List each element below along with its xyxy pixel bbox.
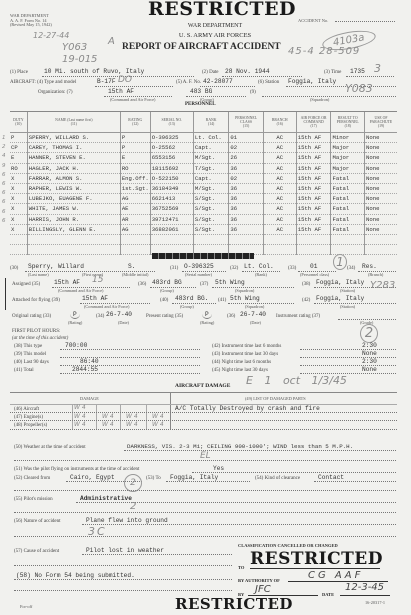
col-air-force: AIR FORCE OR COMMAND(17) bbox=[296, 112, 331, 133]
table-row: XRAPHER, LEWIS W.1st.Sgt.36184349M/Sgt.3… bbox=[10, 183, 397, 193]
hand-damage-note: E 1 oct 1/3/45 bbox=[246, 374, 347, 387]
assigned-st-num: (38) bbox=[302, 282, 310, 287]
group-value: 483 BG bbox=[190, 88, 212, 95]
attached-af-sub: (Command and Air Force) bbox=[84, 304, 129, 309]
night-6mo-label: (44) Night time last 6 months bbox=[212, 360, 271, 365]
time-value: 1735 bbox=[350, 68, 365, 75]
place-value: 10 Mi. south of Ruvo, Italy bbox=[44, 68, 144, 75]
assigned-station: Foggia, Italy bbox=[316, 279, 364, 286]
weather-label: (50) Weather at the time of accident bbox=[14, 445, 86, 450]
attached-sq-sub: (Squadron) bbox=[245, 304, 264, 309]
original-date: 26-7-40 bbox=[106, 311, 132, 318]
middle-sub: (Middle initial) bbox=[122, 272, 148, 277]
orig-date-num: (34) bbox=[96, 314, 104, 319]
night-6mo-line bbox=[300, 365, 396, 366]
form-revised: (Revised May 15, 1942) bbox=[10, 23, 52, 28]
present-rating-sub: (Rating) bbox=[200, 320, 214, 325]
damage-row-line-3 bbox=[10, 429, 397, 430]
pilot-class: 01 bbox=[310, 263, 317, 270]
hand-type-note: DO bbox=[118, 75, 132, 85]
nature-line-2 bbox=[14, 536, 396, 537]
nature-value: Plane flew into ground bbox=[86, 517, 168, 524]
night-6mo: 2:30 bbox=[362, 358, 377, 365]
hand-time-note: 3 bbox=[374, 62, 381, 75]
class-to-value: RESTRICTED bbox=[250, 549, 383, 569]
restricted-stamp-top: RESTRICTED bbox=[148, 0, 296, 20]
mission-value: Administrative bbox=[80, 495, 132, 502]
pilot-first-name: Willard bbox=[58, 263, 84, 270]
attached-squadron: 5th Wing bbox=[230, 295, 260, 302]
assigned-squadron: 5th Wing bbox=[215, 279, 245, 286]
squadron-label: (9) bbox=[250, 90, 256, 95]
personnel-header-row: DUTY(10) NAME (Last name first)(11) RATI… bbox=[10, 112, 397, 133]
hand-y-code: Y063 bbox=[62, 42, 87, 53]
clearance-line bbox=[314, 481, 396, 482]
assigned-station-sub: (Station) bbox=[340, 288, 355, 293]
footer-note: For-off bbox=[20, 604, 32, 609]
pilot-branch: Res. bbox=[362, 263, 377, 270]
cleared-from-label: (52) Cleared from bbox=[14, 476, 50, 481]
damage-col-line-4 bbox=[146, 404, 147, 430]
cause-value: Pilot lost in weather bbox=[86, 547, 164, 554]
inst-6mo-line bbox=[300, 349, 396, 350]
date-label: (2) Date bbox=[202, 70, 219, 75]
attached-group-sub: (Group) bbox=[180, 304, 194, 309]
table-row: XHARRIS, JOHN R.AR39712471S/Sgt.36AC15th… bbox=[10, 214, 397, 224]
af-no-label: (5) A. F. No. bbox=[176, 80, 201, 85]
col-rank: RANK(14) bbox=[193, 112, 229, 133]
pilot-serial: O-396325 bbox=[184, 263, 214, 270]
hand-mission-note: 2 bbox=[130, 501, 136, 512]
af-no-value: 42-28077 bbox=[203, 78, 233, 85]
damage-prop-1: W 4 bbox=[74, 421, 86, 428]
station-line bbox=[286, 86, 396, 87]
col-class: PERSONNEL CLASS(15) bbox=[229, 112, 263, 133]
cleared-from-value: Cairo, Egypt bbox=[70, 474, 115, 481]
mission-line bbox=[76, 502, 396, 503]
authority-label: BY AUTHORITY OF bbox=[238, 578, 280, 583]
night-30d-label: (45) Night time last 30 days bbox=[212, 368, 268, 373]
col-parachute: USE OF PARACHUTE(19) bbox=[365, 112, 397, 133]
damage-col-line-1 bbox=[72, 404, 73, 430]
instruments-value: Yes bbox=[213, 465, 224, 472]
hand-y-code-2: Y083 bbox=[345, 82, 373, 95]
hours-line-1 bbox=[60, 349, 200, 350]
pilot-rank: Lt. Col. bbox=[244, 263, 274, 270]
last-name-sub: (Last name) bbox=[28, 272, 49, 277]
present-date-sub: (Date) bbox=[250, 320, 261, 325]
af-no-line bbox=[200, 86, 255, 87]
date-label-class: DATE bbox=[322, 592, 334, 597]
present-date-num: (36) bbox=[227, 314, 235, 319]
table-row: PSPERRY, WILLARD S.PO-396325Lt. Col.01AC… bbox=[10, 133, 397, 143]
table-row: CPCAREY, THOMAS I.PO-25562Capt.02AC15th … bbox=[10, 143, 397, 153]
col-rating: RATING(12) bbox=[120, 112, 150, 133]
instruments-line bbox=[192, 472, 396, 473]
inst-30d-label: (43) Instrument time last 30 days bbox=[212, 352, 278, 357]
authority-value: CG AAF bbox=[308, 570, 363, 581]
damage-col-line-3 bbox=[120, 404, 121, 430]
table-row: XLUBEJKO, EUAGENE F.AG6621413S/Sgt.36AC1… bbox=[10, 194, 397, 204]
attached-station: Foggia, Italy bbox=[316, 295, 364, 302]
remark-line-2 bbox=[14, 590, 232, 591]
hours-total: 2844:55 bbox=[72, 366, 98, 373]
table-row: XFARRAR, ALMON S.Eng.Off.O-522150Capt.02… bbox=[10, 173, 397, 183]
squadron-sub: (Squadron) bbox=[310, 97, 329, 102]
attached-af: 15th AF bbox=[82, 295, 108, 302]
assigned-sq-sub: (Squadron) bbox=[235, 288, 254, 293]
rank-sub: (Rank) bbox=[255, 272, 267, 277]
hand-circle-1: 1 bbox=[333, 254, 347, 270]
hours-this-type: 700:00 bbox=[65, 342, 87, 349]
damage-engine-1: W 4 bbox=[74, 413, 86, 420]
cause-line bbox=[82, 554, 232, 555]
classification-heading: CLASSIFICATION CANCELLED OR CHANGED bbox=[238, 543, 338, 548]
table-row-empty bbox=[10, 234, 397, 244]
station-label: (6) Station bbox=[258, 80, 279, 85]
damage-prop-4: W 4 bbox=[152, 421, 164, 428]
time-label: (3) Time bbox=[324, 70, 341, 75]
cause-line-2 bbox=[14, 565, 232, 566]
inst-30d-line bbox=[300, 357, 396, 358]
assigned-label: Assigned (35) bbox=[12, 282, 40, 287]
weather-line bbox=[124, 450, 396, 451]
time-line bbox=[346, 76, 394, 77]
hand-code-a: A bbox=[108, 36, 115, 47]
aircraft-damage-title: AIRCRAFT DAMAGE bbox=[175, 383, 230, 389]
damage-divider bbox=[170, 392, 171, 430]
damage-top-rule bbox=[10, 392, 397, 393]
inst-30d: None bbox=[362, 350, 377, 357]
class-date-value: 12-3-45 bbox=[345, 582, 384, 593]
name-num: (30) bbox=[10, 266, 18, 271]
clearance-value: Contact bbox=[318, 474, 344, 481]
damage-engine-3: W 4 bbox=[126, 413, 138, 420]
hours-last90: 86:40 bbox=[80, 358, 99, 365]
orig-rating-sub: (Rating) bbox=[68, 320, 82, 325]
table-row: XWHITE, JAMES W.AE36752569S/Sgt.36AC15th… bbox=[10, 204, 397, 214]
report-title: REPORT OF AIRCRAFT ACCIDENT bbox=[122, 42, 281, 52]
parts-header: (49) LIST OF DAMAGED PARTS bbox=[245, 396, 306, 401]
inst-6mo: 2:30 bbox=[362, 342, 377, 349]
bracket-mark bbox=[5, 278, 6, 310]
cause-label: (57) Cause of accident bbox=[14, 549, 59, 554]
original-rating-label: Original rating (33) bbox=[12, 314, 51, 319]
col-name: NAME (Last name first)(11) bbox=[27, 112, 120, 133]
class-to-line bbox=[250, 568, 380, 569]
table-row: ROHAGLER, JACK H.RO18115692T/Sgt.36AC15t… bbox=[10, 163, 397, 173]
damage-engine-4: W 4 bbox=[152, 413, 164, 420]
class-to-label: TO bbox=[238, 565, 244, 570]
personnel-body: PSPERRY, WILLARD S.PO-396325Lt. Col.01AC… bbox=[10, 133, 397, 255]
class-sub: (Personnel class) bbox=[300, 272, 329, 277]
type-model-line bbox=[95, 86, 173, 87]
station-value: Foggia, Italy bbox=[288, 78, 336, 85]
hours-line-4 bbox=[60, 373, 200, 374]
table-row: XBILLINGSLY, GLENN E.AG36882061S/Sgt.36A… bbox=[10, 224, 397, 234]
assigned-af-sub: (Command and Air Force) bbox=[58, 288, 103, 293]
to-label: (53) To bbox=[146, 476, 161, 481]
hand-date-note: 12-27-44 bbox=[33, 31, 69, 40]
night-30d: None bbox=[362, 366, 377, 373]
assigned-group-num: (36) bbox=[138, 282, 146, 287]
mission-label: (55) Pilot's mission bbox=[14, 497, 53, 502]
hours-this-type-label: (38) This type bbox=[14, 344, 42, 349]
personnel-title: PERSONNEL bbox=[185, 102, 216, 107]
date-value: 28 Nov. 1944 bbox=[225, 68, 270, 75]
hand-row-marks: 1249666666 bbox=[2, 134, 6, 226]
damaged-parts-text: A/C Totally Destroyed by crash and fire bbox=[175, 405, 320, 412]
assigned-af: 15th AF bbox=[54, 279, 80, 286]
attached-sq-num: (41) bbox=[218, 298, 226, 303]
weather-line-2 bbox=[14, 460, 396, 461]
to-value: Foggia, Italy bbox=[170, 474, 218, 481]
assigned-sq-num: (37) bbox=[200, 282, 208, 287]
accident-no-label: ACCIDENT No. bbox=[298, 18, 328, 23]
attached-group-line bbox=[172, 303, 216, 304]
col-result: RESULT TO PERSONNEL(18) bbox=[331, 112, 365, 133]
type-model-value: B-17F bbox=[97, 78, 116, 85]
attached-group: 483rd BG. bbox=[175, 295, 208, 302]
organization-label: Organization: (7) bbox=[38, 90, 72, 95]
weather-value: DARKNESS, VIS. 2-3 Mi; CEILING 900-1000'… bbox=[127, 443, 353, 450]
present-date: 26-7-40 bbox=[240, 311, 266, 318]
class-date-line bbox=[340, 595, 390, 596]
hand-serial-note: 45-4 28-509 bbox=[288, 46, 360, 57]
pilot-middle: S. bbox=[128, 263, 135, 270]
clearance-label: (54) Kind of clearance bbox=[255, 476, 300, 481]
damage-prop-3: W 4 bbox=[126, 421, 138, 428]
assigned-group-sub: (Group) bbox=[160, 288, 174, 293]
place-label: (1) Place bbox=[10, 70, 28, 75]
damage-row-line-1 bbox=[10, 412, 397, 413]
damage-prop-2: W 4 bbox=[102, 421, 114, 428]
hours-last90-label: (40) Last 90 days bbox=[14, 360, 49, 365]
table-row: EHANNER, STEVEN E.E6553156M/Sgt.26AC15th… bbox=[10, 153, 397, 163]
damage-propeller-label: (48) Propeller(s) bbox=[14, 423, 47, 428]
branch-sub: (Branch) bbox=[368, 272, 383, 277]
form-code: 16-20317-1 bbox=[365, 600, 385, 605]
attached-st-num: (42) bbox=[302, 298, 310, 303]
present-rating: P bbox=[202, 311, 212, 319]
nature-line bbox=[82, 524, 396, 525]
accident-report-page: WAR DEPARTMENT A. A. F. Form No. 14 (Rev… bbox=[0, 0, 411, 615]
group-line bbox=[186, 96, 246, 97]
date-line bbox=[222, 76, 302, 77]
org-sub: (Command and Air Force) bbox=[110, 97, 155, 102]
hand-code-num: 19-015 bbox=[62, 54, 97, 65]
accident-no-line bbox=[335, 21, 395, 22]
damage-col-header: DAMAGE bbox=[80, 396, 99, 401]
attached-label: Attached for flying (39) bbox=[12, 298, 60, 303]
to-line bbox=[166, 481, 250, 482]
instruments-label: (51) Was the pilot flying on instruments… bbox=[14, 467, 139, 472]
hand-hours-note: 15 bbox=[92, 275, 103, 285]
rank-num: (32) bbox=[230, 266, 238, 271]
original-rating: P bbox=[70, 311, 80, 319]
remark-line bbox=[14, 579, 232, 580]
hours-total-label: (41) Total bbox=[14, 368, 34, 373]
inst-6mo-label: (42) Instrument time last 6 months bbox=[212, 344, 281, 349]
remark-value: (58) No Form 54 being submitted. bbox=[16, 572, 135, 579]
cleared-line-2 bbox=[14, 490, 396, 491]
branch-num: (34) bbox=[347, 266, 355, 271]
first-pilot-banner bbox=[152, 253, 254, 259]
dept-sub: U. S. ARMY AIR FORCES bbox=[150, 32, 280, 39]
damage-col-line-2 bbox=[96, 404, 97, 430]
damage-row-line-2 bbox=[10, 420, 397, 421]
attached-station-sub: (Station) bbox=[340, 304, 355, 309]
col-duty: DUTY(10) bbox=[10, 112, 27, 133]
attached-group-num: (40) bbox=[160, 298, 168, 303]
instrument-rating-label: Instrument rating (37) bbox=[276, 314, 320, 319]
serial-num: (31) bbox=[170, 266, 178, 271]
damage-engine-2: W 4 bbox=[102, 413, 114, 420]
hand-y-code-3: Y283 bbox=[370, 280, 395, 291]
col-branch: BRANCH(16) bbox=[263, 112, 296, 133]
col-serial: SERIAL NO.(13) bbox=[150, 112, 193, 133]
hours-this-model-label: (39) This model bbox=[14, 352, 46, 357]
restricted-stamp-bottom: RESTRICTED bbox=[175, 595, 293, 613]
by-value: JFC bbox=[255, 584, 271, 595]
form-id-block: WAR DEPARTMENT A. A. F. Form No. 14 (Rev… bbox=[10, 14, 52, 28]
serial-sub: (Serial number) bbox=[185, 272, 212, 277]
hours-subtitle: (at the time of this accident) bbox=[12, 336, 68, 341]
mission-line-2 bbox=[14, 512, 396, 513]
dept-title: WAR DEPARTMENT bbox=[165, 23, 265, 29]
hours-title: FIRST PILOT HOURS: bbox=[12, 329, 60, 334]
class-num: (33) bbox=[288, 266, 296, 271]
pilot-last-name: Sperry, bbox=[28, 263, 54, 270]
aircraft-label: AIRCRAFT: (4) Type and model bbox=[10, 80, 76, 85]
nature-label: (56) Nature of accident bbox=[14, 519, 61, 524]
present-rating-label: Present rating (35) bbox=[146, 314, 183, 319]
assigned-group: 483rd BG bbox=[152, 279, 182, 286]
orig-date-sub: (Date) bbox=[118, 320, 129, 325]
damage-aircraft-code: W 4 bbox=[74, 404, 86, 411]
organization-value: 15th AF bbox=[108, 88, 134, 95]
personnel-table: DUTY(10) NAME (Last name first)(11) RATI… bbox=[10, 112, 397, 255]
hand-circle-2: 2 bbox=[360, 324, 378, 343]
